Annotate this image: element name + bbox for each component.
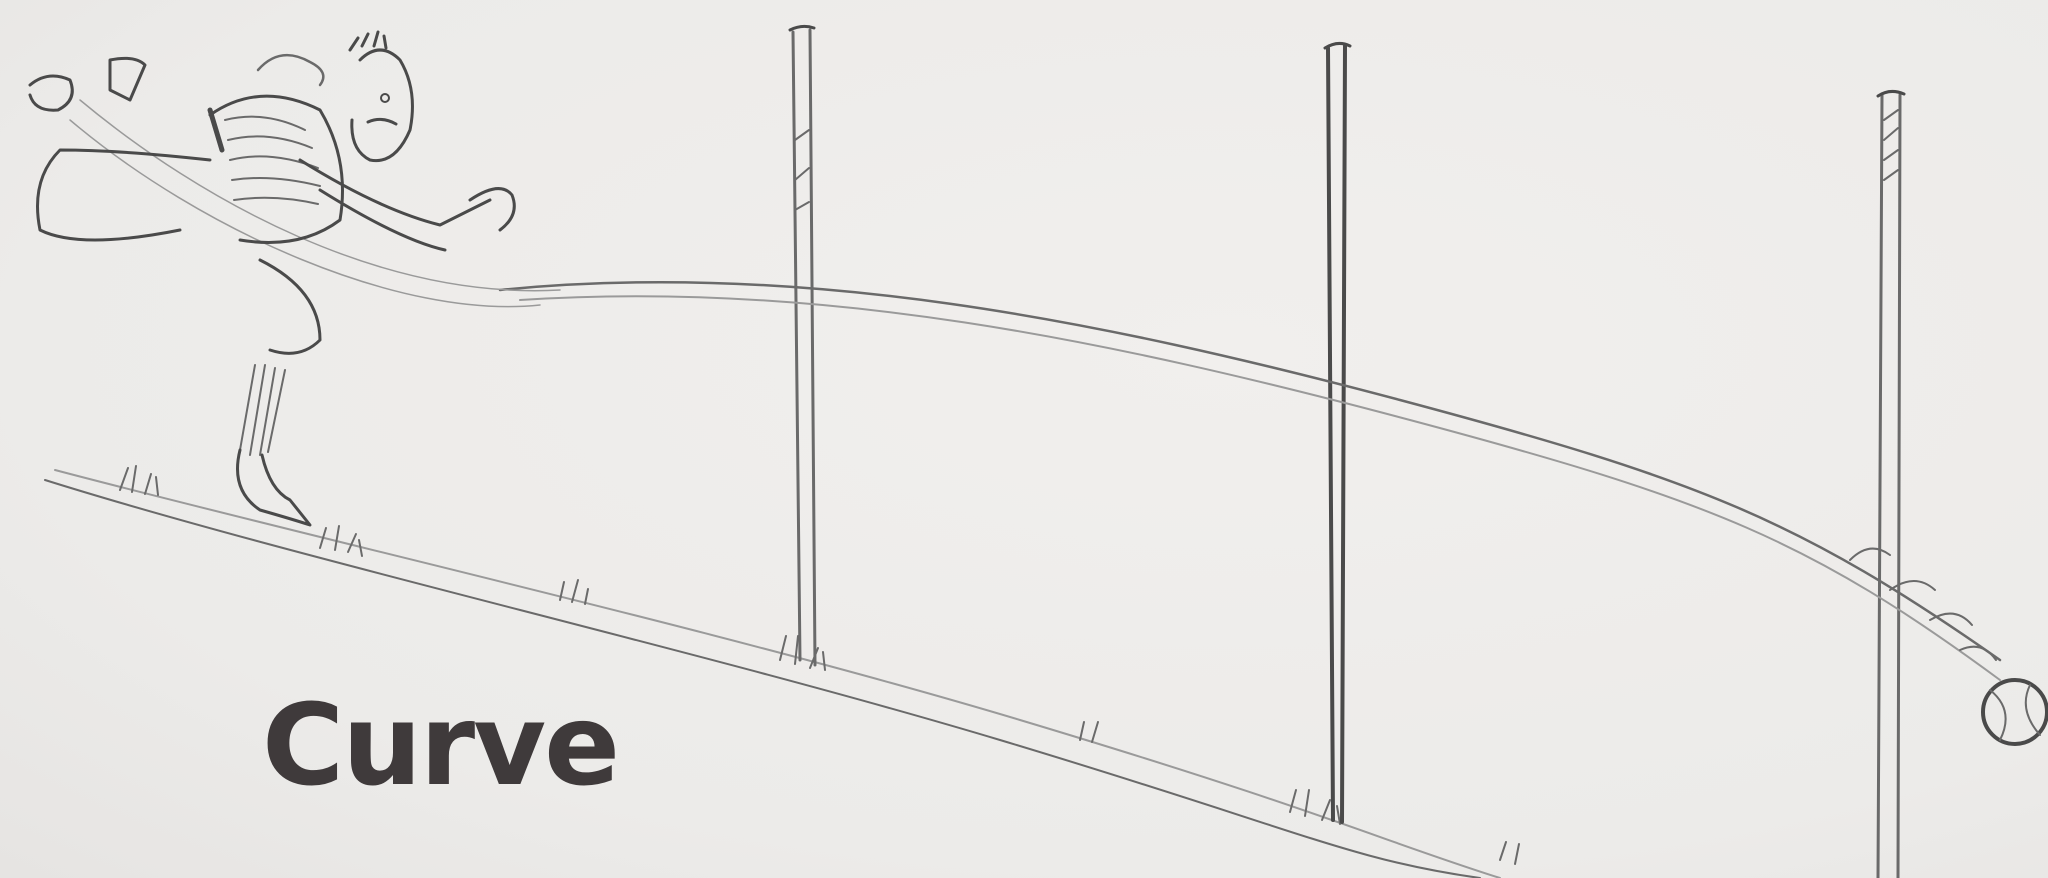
ball-trail xyxy=(70,100,2000,680)
ground-line xyxy=(45,466,1519,878)
book-page: Curve xyxy=(0,0,2048,878)
chapter-title: Curve xyxy=(262,690,618,802)
post xyxy=(1878,91,1904,878)
pitcher xyxy=(30,32,514,525)
post xyxy=(1325,43,1350,822)
baseball xyxy=(1983,680,2047,744)
post xyxy=(790,26,815,665)
